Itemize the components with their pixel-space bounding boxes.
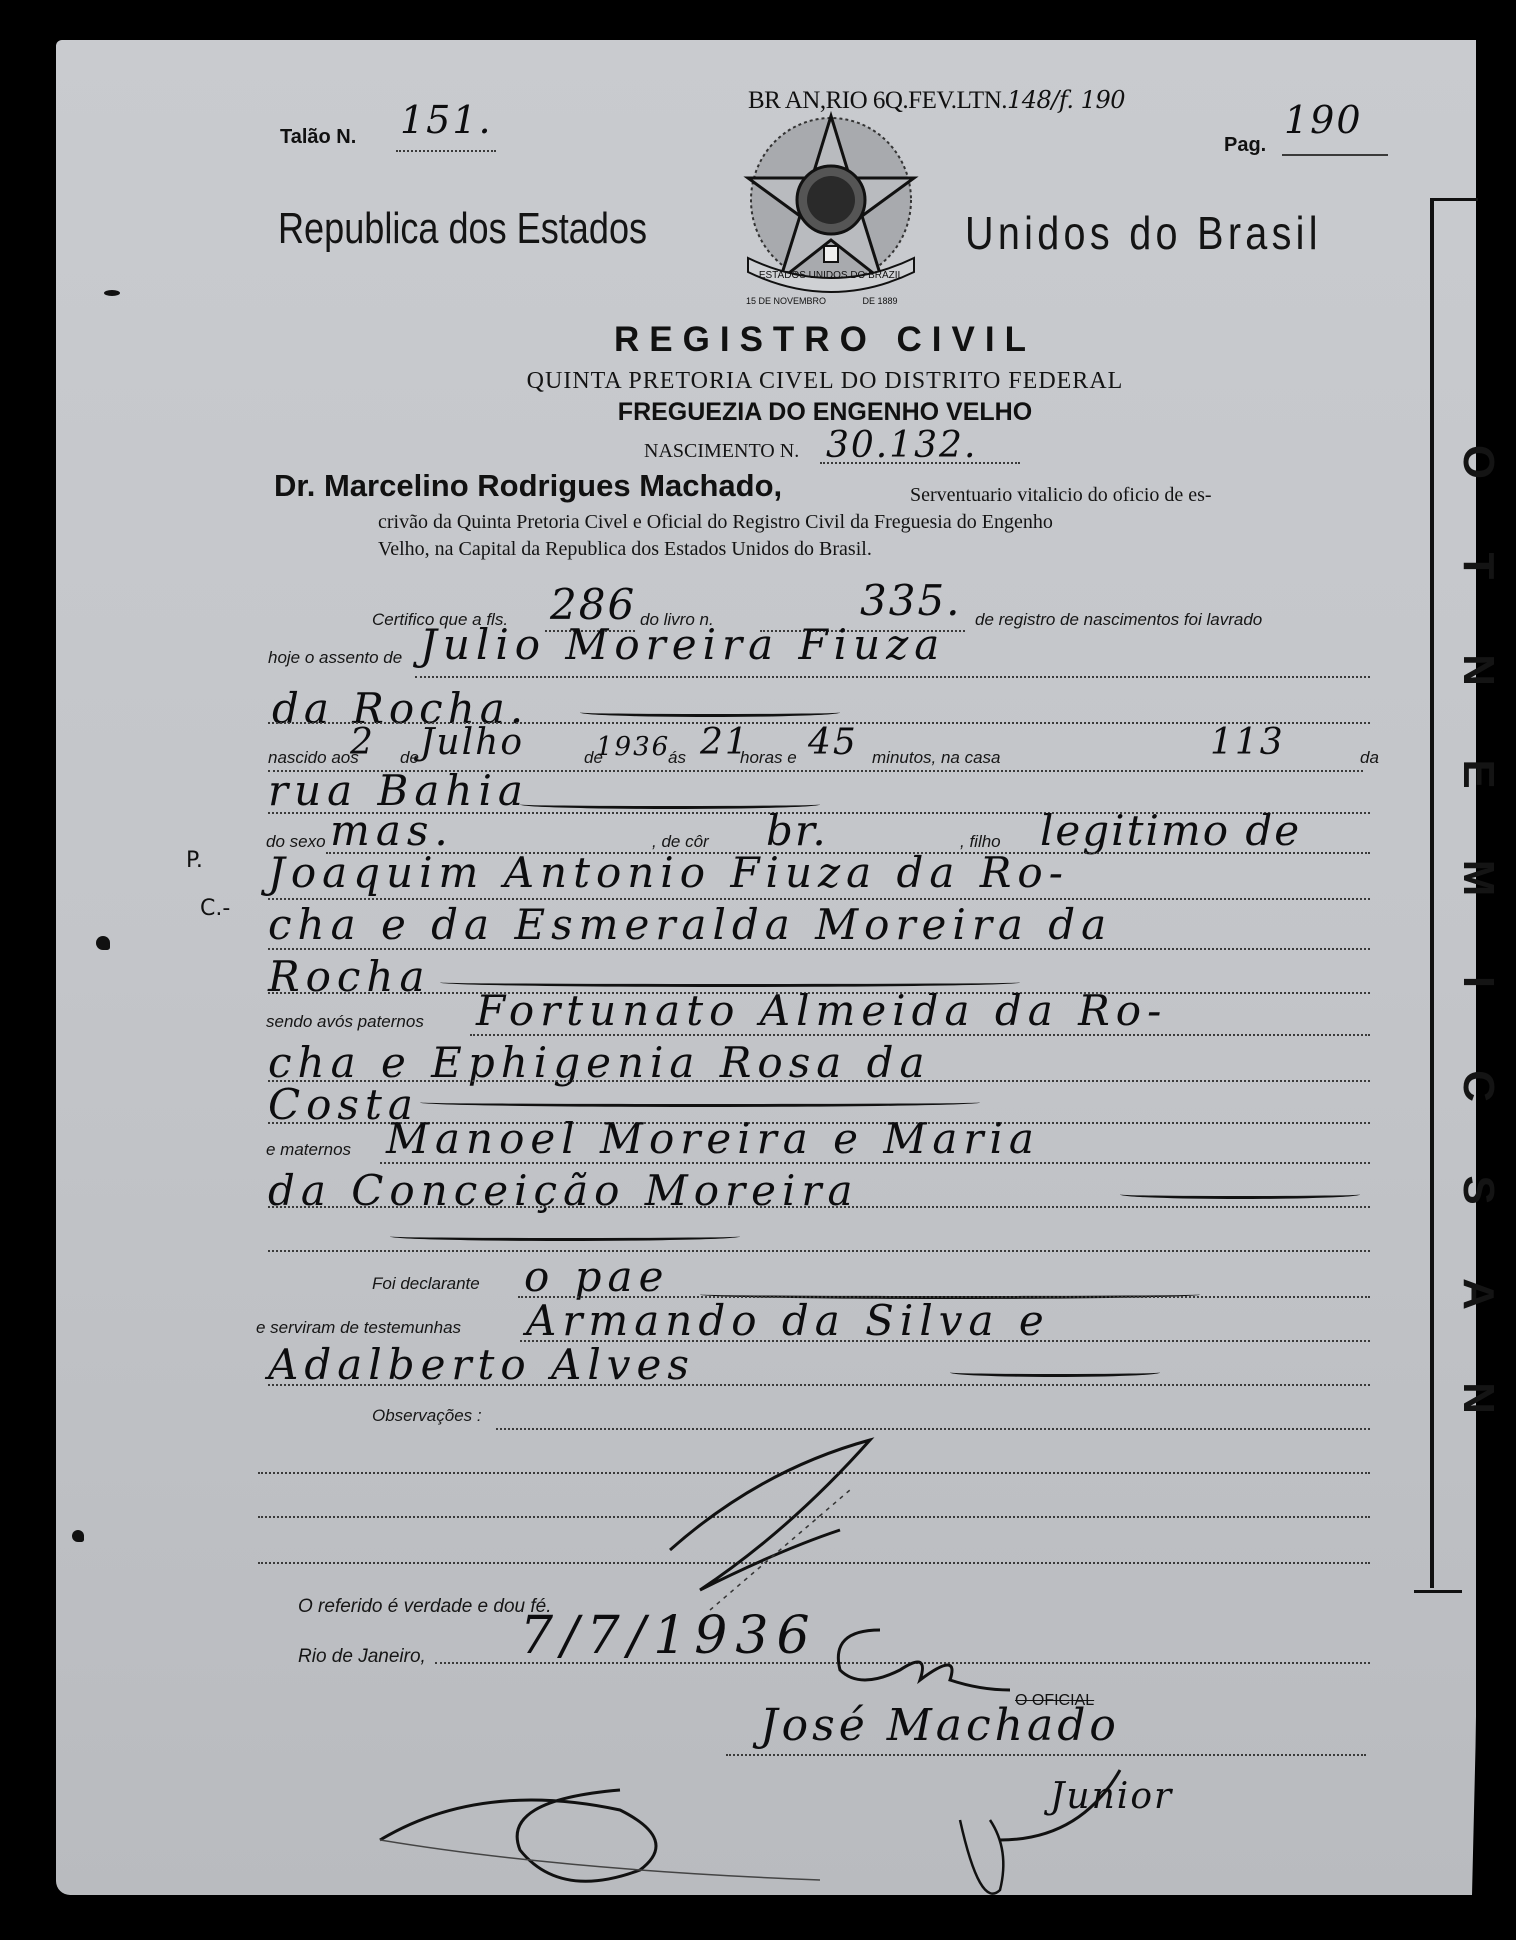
- declarante-label: Foi declarante: [372, 1274, 480, 1294]
- side-letter: S: [1399, 1165, 1503, 1215]
- de-label: de: [400, 748, 419, 768]
- closing-text: O referido é verdade e dou fé.: [298, 1596, 552, 1618]
- maternos-label: e maternos: [266, 1140, 351, 1160]
- margin-mark-c: C.-: [200, 896, 230, 921]
- maternos-dotline-2: [268, 1206, 1370, 1208]
- fill-stroke: [1120, 1190, 1360, 1199]
- official-name: Dr. Marcelino Rodrigues Machado,: [274, 468, 782, 504]
- side-letter: O: [1399, 437, 1503, 487]
- cancel-stroke-icon: [640, 1430, 940, 1630]
- side-stamp-nascimento: O T N E M I C S A N: [1426, 410, 1476, 1450]
- pag-line: [1282, 154, 1388, 156]
- official-desc-2: crivão da Quinta Pretoria Civel e Oficia…: [378, 511, 1053, 534]
- house-value: 113: [1210, 722, 1285, 763]
- maternos-dotline-1: [380, 1162, 1370, 1164]
- observacoes-label: Observações :: [372, 1406, 482, 1426]
- avos-paternos-dotline-1: [470, 1034, 1370, 1036]
- minutes-value: 45: [808, 722, 858, 763]
- pag-label: Pag.: [1224, 134, 1266, 157]
- margin-mark-p: P.: [186, 848, 203, 873]
- registry-subtitle: QUINTA PRETORIA CIVEL DO DISTRITO FEDERA…: [0, 368, 1516, 395]
- testemunhas-line-1: Armando da Silva e: [526, 1296, 1050, 1345]
- testemunhas-label: e serviram de testemunhas: [256, 1318, 461, 1338]
- talao-value: 151.: [400, 98, 493, 142]
- registry-title: REGISTRO CIVIL: [0, 320, 1516, 360]
- testemunhas-line-2: Adalberto Alves: [268, 1340, 695, 1389]
- initials-signature-icon: [820, 1610, 1020, 1710]
- margin-dot-icon: [72, 1530, 84, 1542]
- place-label: Rio de Janeiro,: [298, 1646, 426, 1668]
- side-letter: N: [1399, 645, 1503, 695]
- fill-stroke: [390, 1232, 740, 1241]
- maternos-line-1: Manoel Moreira e Maria: [386, 1114, 1040, 1163]
- avos-paternos-dotline-2: [268, 1080, 1370, 1082]
- child-name-line-1: Julio Moreira Fiuza: [420, 620, 945, 669]
- nascimento-dotline: [820, 462, 1020, 464]
- side-stamp-border: [1430, 198, 1478, 201]
- assento-label: hoje o assento de: [268, 648, 402, 668]
- nascido-label: nascido aos: [268, 748, 359, 768]
- side-letter: M: [1399, 853, 1503, 903]
- testemunhas-dotline-2: [268, 1384, 1370, 1386]
- date-value: 7/7/1936: [520, 1606, 818, 1666]
- as-label: ás: [668, 748, 686, 768]
- livro-value: 335.: [860, 576, 962, 625]
- month-value: Julho: [420, 722, 524, 763]
- day-value: 2: [350, 722, 375, 763]
- parents-line-2: cha e da Esmeralda Moreira da: [268, 900, 1112, 949]
- crest-banner-text: ESTADOS UNIDOS DO BRAZIL: [759, 270, 904, 281]
- official-desc-3: Velho, na Capital da Republica dos Estad…: [378, 538, 872, 561]
- side-stamp-border: [1414, 1590, 1462, 1593]
- signature-dotline: [726, 1754, 1366, 1756]
- talao-dotline: [396, 150, 496, 152]
- filho-value: legitimo de: [1040, 806, 1301, 855]
- side-letter: N: [1399, 1373, 1503, 1423]
- registro-label: de registro de nascimentos foi lavrado: [975, 610, 1262, 630]
- nascimento-label: NASCIMENTO N.: [644, 440, 799, 463]
- minutos-label: minutos, na casa: [872, 748, 1001, 768]
- year-value: 1936: [596, 732, 670, 762]
- fill-stroke: [580, 708, 840, 717]
- parents-line-1: Joaquim Antonio Fiuza da Ro-: [268, 848, 1069, 897]
- avos-paternos-line-1: Fortunato Almeida da Ro-: [476, 986, 1167, 1035]
- side-letter: I: [1399, 957, 1503, 1007]
- avos-paternos-label: sendo avós paternos: [266, 1012, 424, 1032]
- signature-flourish-icon: [360, 1760, 1380, 1920]
- pag-value: 190: [1284, 98, 1363, 142]
- fill-stroke: [950, 1368, 1160, 1377]
- coat-of-arms-icon: ESTADOS UNIDOS DO BRAZIL 15 DE NOVEMBRO …: [738, 108, 924, 316]
- parents-dotline-2: [268, 948, 1370, 950]
- stamp-handwritten: 148/f. 190: [1007, 86, 1125, 114]
- margin-dot-icon: [96, 936, 110, 950]
- assento-dotline-1: [415, 676, 1370, 678]
- registry-freguezia: FREGUEZIA DO ENGENHO VELHO: [0, 398, 1516, 427]
- fill-stroke: [420, 1098, 980, 1107]
- horas-label: horas e: [740, 748, 797, 768]
- side-letter: A: [1399, 1269, 1503, 1319]
- republica-left: Republica dos Estados: [278, 204, 647, 254]
- republica-right: Unidos do Brasil: [965, 206, 1322, 260]
- side-letter: E: [1399, 749, 1503, 799]
- official-desc-1: Serventuario vitalicio do oficio de es-: [910, 484, 1212, 507]
- official-signature: José Machado: [760, 1700, 1120, 1751]
- svg-text:DE 1889: DE 1889: [862, 296, 897, 306]
- talao-label: Talão N.: [280, 126, 356, 149]
- nascimento-value: 30.132.: [826, 425, 977, 466]
- side-letter: T: [1399, 541, 1503, 591]
- da-label: da: [1360, 748, 1379, 768]
- side-letter: C: [1399, 1061, 1503, 1111]
- svg-text:15 DE NOVEMBRO: 15 DE NOVEMBRO: [746, 296, 826, 306]
- declarante-value: o pae: [524, 1252, 669, 1301]
- margin-dot-icon: [104, 290, 120, 296]
- maternos-dotline-3: [268, 1250, 1370, 1252]
